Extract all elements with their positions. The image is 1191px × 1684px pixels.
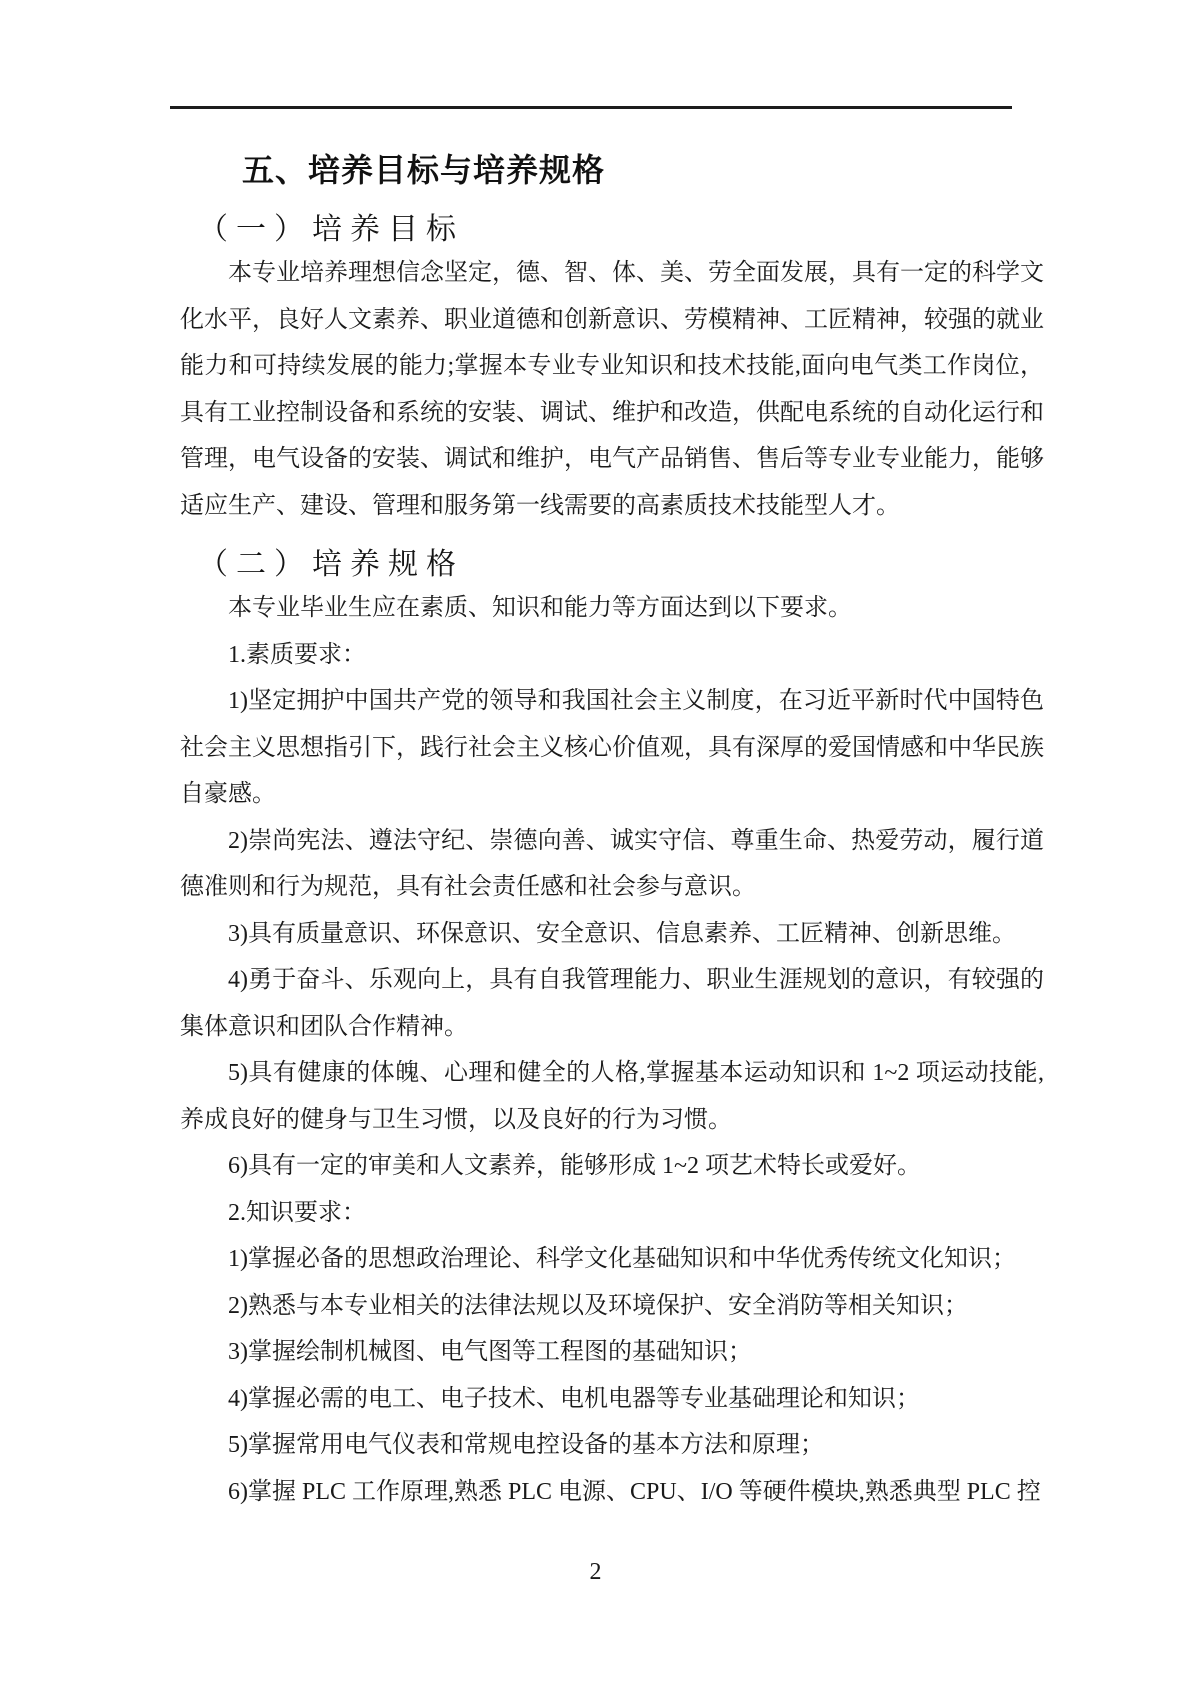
page-footer: 2 (0, 1558, 1191, 1586)
document-page: 五、培养目标与培养规格 （一）培养目标 本专业培养理想信念坚定，德、智、体、美、… (0, 0, 1191, 1684)
knowledge-requirement-item-6: 6)掌握 PLC 工作原理,熟悉 PLC 电源、CPU、I/O 等硬件模块,熟悉… (180, 1469, 1044, 1516)
subsection-title-training-objectives: （一）培养目标 (198, 210, 1044, 250)
quality-requirement-item-3: 3)具有质量意识、环保意识、安全意识、信息素养、工匠精神、创新思维。 (180, 911, 1044, 958)
page-number: 2 (590, 1559, 602, 1585)
quality-requirement-item-1: 1)坚定拥护中国共产党的领导和我国社会主义制度，在习近平新时代中国特色社会主义思… (180, 678, 1044, 818)
page-content: 五、培养目标与培养规格 （一）培养目标 本专业培养理想信念坚定，德、智、体、美、… (0, 149, 1191, 1515)
header-rule (170, 106, 1012, 109)
quality-requirement-item-6: 6)具有一定的审美和人文素养，能够形成 1~2 项艺术特长或爱好。 (180, 1143, 1044, 1190)
knowledge-requirement-item-4: 4)掌握必需的电工、电子技术、电机电器等专业基础理论和知识； (180, 1376, 1044, 1423)
training-objectives-paragraph: 本专业培养理想信念坚定，德、智、体、美、劳全面发展，具有一定的科学文化水平，良好… (180, 250, 1044, 529)
quality-requirements-label: 1.素质要求： (180, 632, 1044, 679)
subsection-title-training-specifications: （二）培养规格 (198, 545, 1044, 585)
training-specifications-intro: 本专业毕业生应在素质、知识和能力等方面达到以下要求。 (180, 585, 1044, 632)
quality-requirement-item-5: 5)具有健康的体魄、心理和健全的人格,掌握基本运动知识和 1~2 项运动技能,养… (180, 1050, 1044, 1143)
knowledge-requirement-item-3: 3)掌握绘制机械图、电气图等工程图的基础知识； (180, 1329, 1044, 1376)
quality-requirement-item-2: 2)崇尚宪法、遵法守纪、崇德向善、诚实守信、尊重生命、热爱劳动，履行道德准则和行… (180, 818, 1044, 911)
knowledge-requirements-label: 2.知识要求： (180, 1190, 1044, 1237)
quality-requirement-item-4: 4)勇于奋斗、乐观向上，具有自我管理能力、职业生涯规划的意识，有较强的集体意识和… (180, 957, 1044, 1050)
knowledge-requirement-item-1: 1)掌握必备的思想政治理论、科学文化基础知识和中华优秀传统文化知识； (180, 1236, 1044, 1283)
knowledge-requirement-item-2: 2)熟悉与本专业相关的法律法规以及环境保护、安全消防等相关知识； (180, 1283, 1044, 1330)
knowledge-requirement-item-5: 5)掌握常用电气仪表和常规电控设备的基本方法和原理； (180, 1422, 1044, 1469)
chapter-heading: 五、培养目标与培养规格 (242, 149, 1044, 191)
